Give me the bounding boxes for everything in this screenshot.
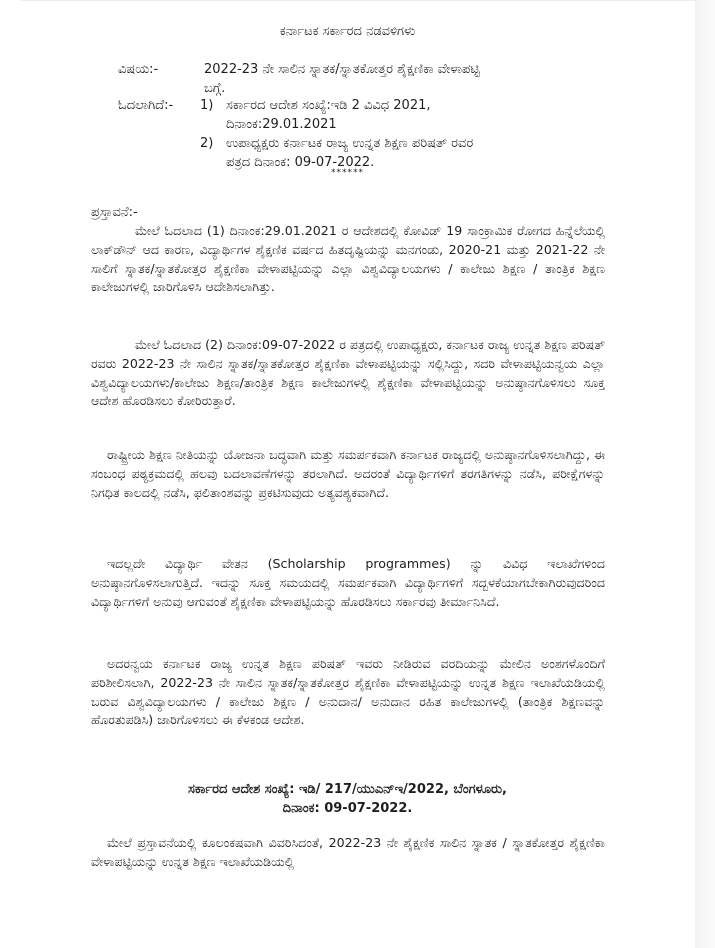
subject-line-2: ಬಗ್ಗೆ. xyxy=(204,81,225,96)
separator-stars: ****** xyxy=(0,168,695,178)
order-number-line-2: ದಿನಾಂಕ: 09-07-2022. xyxy=(0,799,695,818)
reference-label: ಓದಲಾಗಿದೆ:- xyxy=(118,96,173,115)
subject-label: ವಿಷಯ:- xyxy=(118,60,158,79)
page-top-border xyxy=(20,0,695,1)
paragraph-5: ಅದರನ್ವಯ ಕರ್ನಾಟಕ ರಾಜ್ಯ ಉನ್ನತ ಶಿಕ್ಷಣ ಪರಿಷತ… xyxy=(91,655,605,730)
paragraph-3: ರಾಷ್ಟ್ರೀಯ ಶಿಕ್ಷಣ ನೀತಿಯನ್ನು ಯೋಜನಾ ಬದ್ಧವಾಗ… xyxy=(91,446,605,502)
reference-1: ಸರ್ಕಾರದ ಆದೇಶ ಸಂಖ್ಯೆ:ಇಡಿ 2 ವಿವಿಧ 2021, ದಿ… xyxy=(226,96,616,134)
reference-2-line-1: ಉಪಾಧ್ಯಕ್ಷರು ಕರ್ನಾಟಕ ರಾಜ್ಯ ಉನ್ನತ ಶಿಕ್ಷಣ ಪ… xyxy=(226,136,473,151)
reference-1-line-1: ಸರ್ಕಾರದ ಆದೇಶ ಸಂಖ್ಯೆ:ಇಡಿ 2 ವಿವಿಧ 2021, xyxy=(226,98,431,113)
paragraph-1: ಮೇಲೆ ಓದಲಾದ (1) ದಿನಾಂಕ:29.01.2021 ರ ಆದೇಶದ… xyxy=(91,222,605,297)
order-number-line-1: ಸರ್ಕಾರದ ಆದೇಶ ಸಂಖ್ಯೆ: ಇಡಿ/ 217/ಯುಎನ್‌ಇ/20… xyxy=(0,780,695,799)
subject-line-1: 2022-23 ನೇ ಸಾಲಿನ ಸ್ನಾತಕ/ಸ್ನಾತಕೋತ್ತರ ಶೈಕ್… xyxy=(204,62,480,77)
paragraph-2: ಮೇಲೆ ಓದಲಾದ (2) ದಿನಾಂಕ:09-07-2022 ರ ಪತ್ರದ… xyxy=(91,336,605,411)
paragraph-4: ಇದಲ್ಲದೇ ವಿದ್ಯಾರ್ಥಿ ವೇತನ (Scholarship pro… xyxy=(91,555,605,611)
reference-1-number: 1) xyxy=(200,96,213,115)
reference-1-line-2: ದಿನಾಂಕ:29.01.2021 xyxy=(226,117,337,132)
final-paragraph: ಮೇಲೆ ಪ್ರಸ್ತಾವನೆಯಲ್ಲಿ ಕೂಲಂಕಷವಾಗಿ ವಿವರಿಸಿದ… xyxy=(91,834,605,872)
subject-text: 2022-23 ನೇ ಸಾಲಿನ ಸ್ನಾತಕ/ಸ್ನಾತಕೋತ್ತರ ಶೈಕ್… xyxy=(204,60,604,98)
document-heading: ಕರ್ನಾಟಕ ಸರ್ಕಾರದ ನಡವಳಿಗಳು xyxy=(0,24,695,39)
preamble-label: ಪ್ರಸ್ತಾವನೆ:- xyxy=(91,205,138,220)
document-page: ಕರ್ನಾಟಕ ಸರ್ಕಾರದ ನಡವಳಿಗಳು ವಿಷಯ:- 2022-23 … xyxy=(0,0,695,948)
reference-2-number: 2) xyxy=(200,134,213,153)
page-edge-shadow xyxy=(695,0,715,948)
reference-2: ಉಪಾಧ್ಯಕ್ಷರು ಕರ್ನಾಟಕ ರಾಜ್ಯ ಉನ್ನತ ಶಿಕ್ಷಣ ಪ… xyxy=(226,134,616,172)
